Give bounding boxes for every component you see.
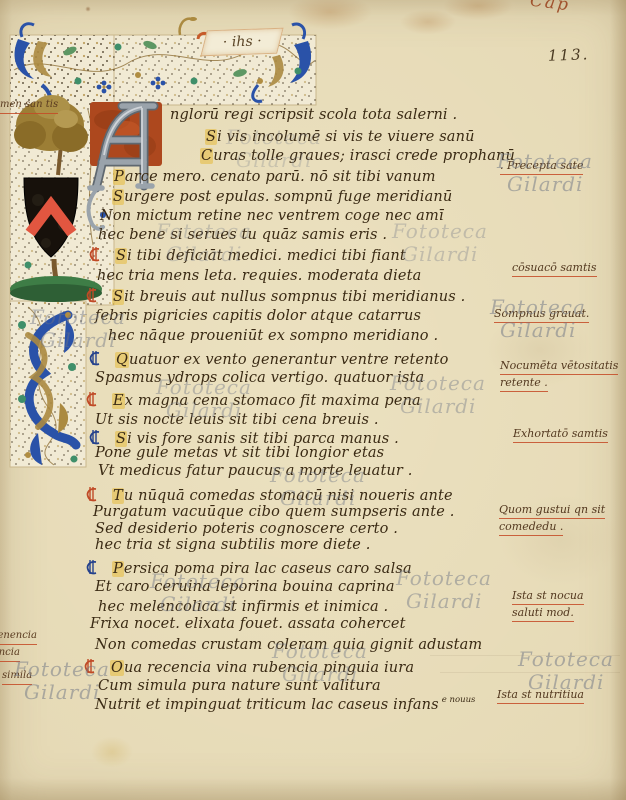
margin-note-left: simila (2, 668, 32, 685)
manuscript-line: hec melencolica st infirmis et inimica . (98, 598, 388, 616)
manuscript-line: Non mictum retine nec ventrem coge nec a… (100, 207, 444, 225)
manuscript-line: Si vis incolumē si vis te viuere sanū (205, 128, 475, 146)
yellow-washed-initial: P (112, 561, 124, 577)
manuscript-line: nglorū regi scripsit scola tota salerni … (170, 106, 457, 124)
manuscript-line: Cum simula pura nature sunt valitura (98, 677, 381, 695)
margin-note-left: men san tis (0, 97, 58, 114)
margin-note-right: cōsuacō samtis (512, 260, 597, 277)
crease-line (430, 655, 620, 656)
margin-note-text: rencia (0, 645, 20, 662)
manuscript-text-block: nglorū regi scripsit scola tota salerni … (0, 0, 626, 800)
yellow-washed-initial: O (110, 660, 124, 676)
manuscript-line: Nutrit et impinguat triticum lac caseus … (95, 696, 475, 716)
manuscript-line: Ex magna cena stomaco fit maxima pena (85, 391, 421, 410)
margin-note-text: Sompnus grauat. (494, 306, 589, 323)
margin-note-text: Ista st nutritiua (497, 687, 584, 704)
manuscript-line: Spasmus ydrops colica vertigo. quatuor i… (95, 369, 424, 387)
yellow-washed-initial: S (112, 289, 124, 305)
paraph-mark-icon (88, 246, 101, 262)
yellow-washed-initial: S (115, 248, 127, 264)
paraph-mark-icon (88, 350, 101, 366)
manuscript-line: Ut sis nocte leuis sit tibi cena breuis … (95, 411, 379, 429)
interlinear-gloss: e nouus (442, 695, 476, 705)
manuscript-line: Oua recencia vina rubencia pinguia iura (83, 658, 414, 677)
margin-note-right: . Precepta sate (500, 158, 583, 175)
manuscript-line: Parce mero. cenato parū. nō sit tibi van… (113, 168, 436, 186)
margin-note-text: simila (2, 668, 32, 685)
manuscript-line: Frixa nocet. elixata fouet. assata coher… (90, 615, 406, 633)
yellow-washed-initial: E (112, 393, 125, 409)
paraph-mark-icon (85, 287, 98, 303)
yellow-washed-initial: S (205, 129, 217, 145)
paraph-mark-icon (85, 559, 98, 575)
manuscript-line: Quatuor ex vento generantur ventre reten… (88, 350, 449, 369)
margin-note-right: Quom gustui qn sitcomededu . (499, 502, 605, 536)
manuscript-line: Pone gule metas vt sit tibi longior etas (95, 444, 384, 462)
yellow-washed-initial: T (112, 488, 124, 504)
manuscript-line: Persica poma pira lac caseus caro salsa (85, 559, 412, 578)
paraph-mark-icon (88, 429, 101, 445)
margin-note-text: saluti mod. (512, 605, 574, 622)
manuscript-line: Non comedas crustam coleram quia gignit … (95, 636, 482, 654)
margin-note-text: Quom gustui qn sit (499, 502, 605, 519)
manuscript-line: Curas tolle graues; irasci crede prophan… (200, 147, 515, 165)
margin-note-text: retente . (500, 375, 548, 392)
manuscript-line: Et caro ceruina leporina bouina caprina (95, 578, 395, 596)
manuscript-line: hec bene si serues tu quāz samis eris . (98, 226, 387, 244)
margin-note-right: Nocumēta vētositatisretente . (500, 358, 618, 392)
margin-note-text: comededu . (499, 519, 563, 536)
manuscript-line: Si tibi deficiāt medici. medici tibi fia… (88, 246, 406, 265)
manuscript-line: febris pigricies capitis dolor atque cat… (95, 307, 421, 325)
paraph-mark-icon (83, 658, 96, 674)
yellow-washed-initial: Q (115, 352, 129, 368)
margin-note-right: Sompnus grauat. (494, 306, 589, 323)
yellow-washed-initial: P (113, 169, 125, 185)
paraph-mark-icon (85, 391, 98, 407)
margin-note-right: Ista st nocuasaluti mod. (512, 588, 584, 622)
manuscript-line: Vt medicus fatur paucus a morte leuatur … (98, 462, 413, 480)
manuscript-line: hec tria st signa subtilis more diete . (95, 536, 371, 554)
folio-number: 113. (548, 45, 590, 64)
manuscript-line: Surgere post epulas. sompnū fuge meridia… (112, 188, 452, 206)
manuscript-line: Sit breuis aut nullus sompnus tibi merid… (85, 287, 465, 306)
margin-note-left: menenciarencia (0, 628, 37, 662)
yellow-washed-initial: C (200, 148, 213, 164)
margin-note-text: Ista st nocua (512, 588, 584, 605)
margin-note-text: Nocumēta vētositatis (500, 358, 618, 375)
margin-note-text: Exhortatō samtis (513, 426, 608, 443)
margin-note-right: Ista st nutritiua (497, 687, 584, 704)
margin-note-text: . Precepta sate (500, 158, 583, 175)
margin-note-text: menencia (0, 628, 37, 645)
margin-note-text: men san tis (0, 97, 58, 114)
manuscript-line: Purgatum vacuūque cibo quem sumpseris an… (93, 503, 455, 521)
manuscript-photo: · ihs · nglorū regi scripsit scola tota … (0, 0, 626, 800)
paraph-mark-icon (85, 486, 98, 502)
crease-line (440, 672, 620, 673)
manuscript-line: hec tria mens leta. requies. moderata di… (97, 267, 421, 285)
yellow-washed-initial: S (112, 189, 124, 205)
margin-note-right: Exhortatō samtis (513, 426, 608, 443)
manuscript-line: hec nāque proueniūt ex sompno meridiano … (108, 327, 438, 345)
margin-note-text: cōsuacō samtis (512, 260, 597, 277)
